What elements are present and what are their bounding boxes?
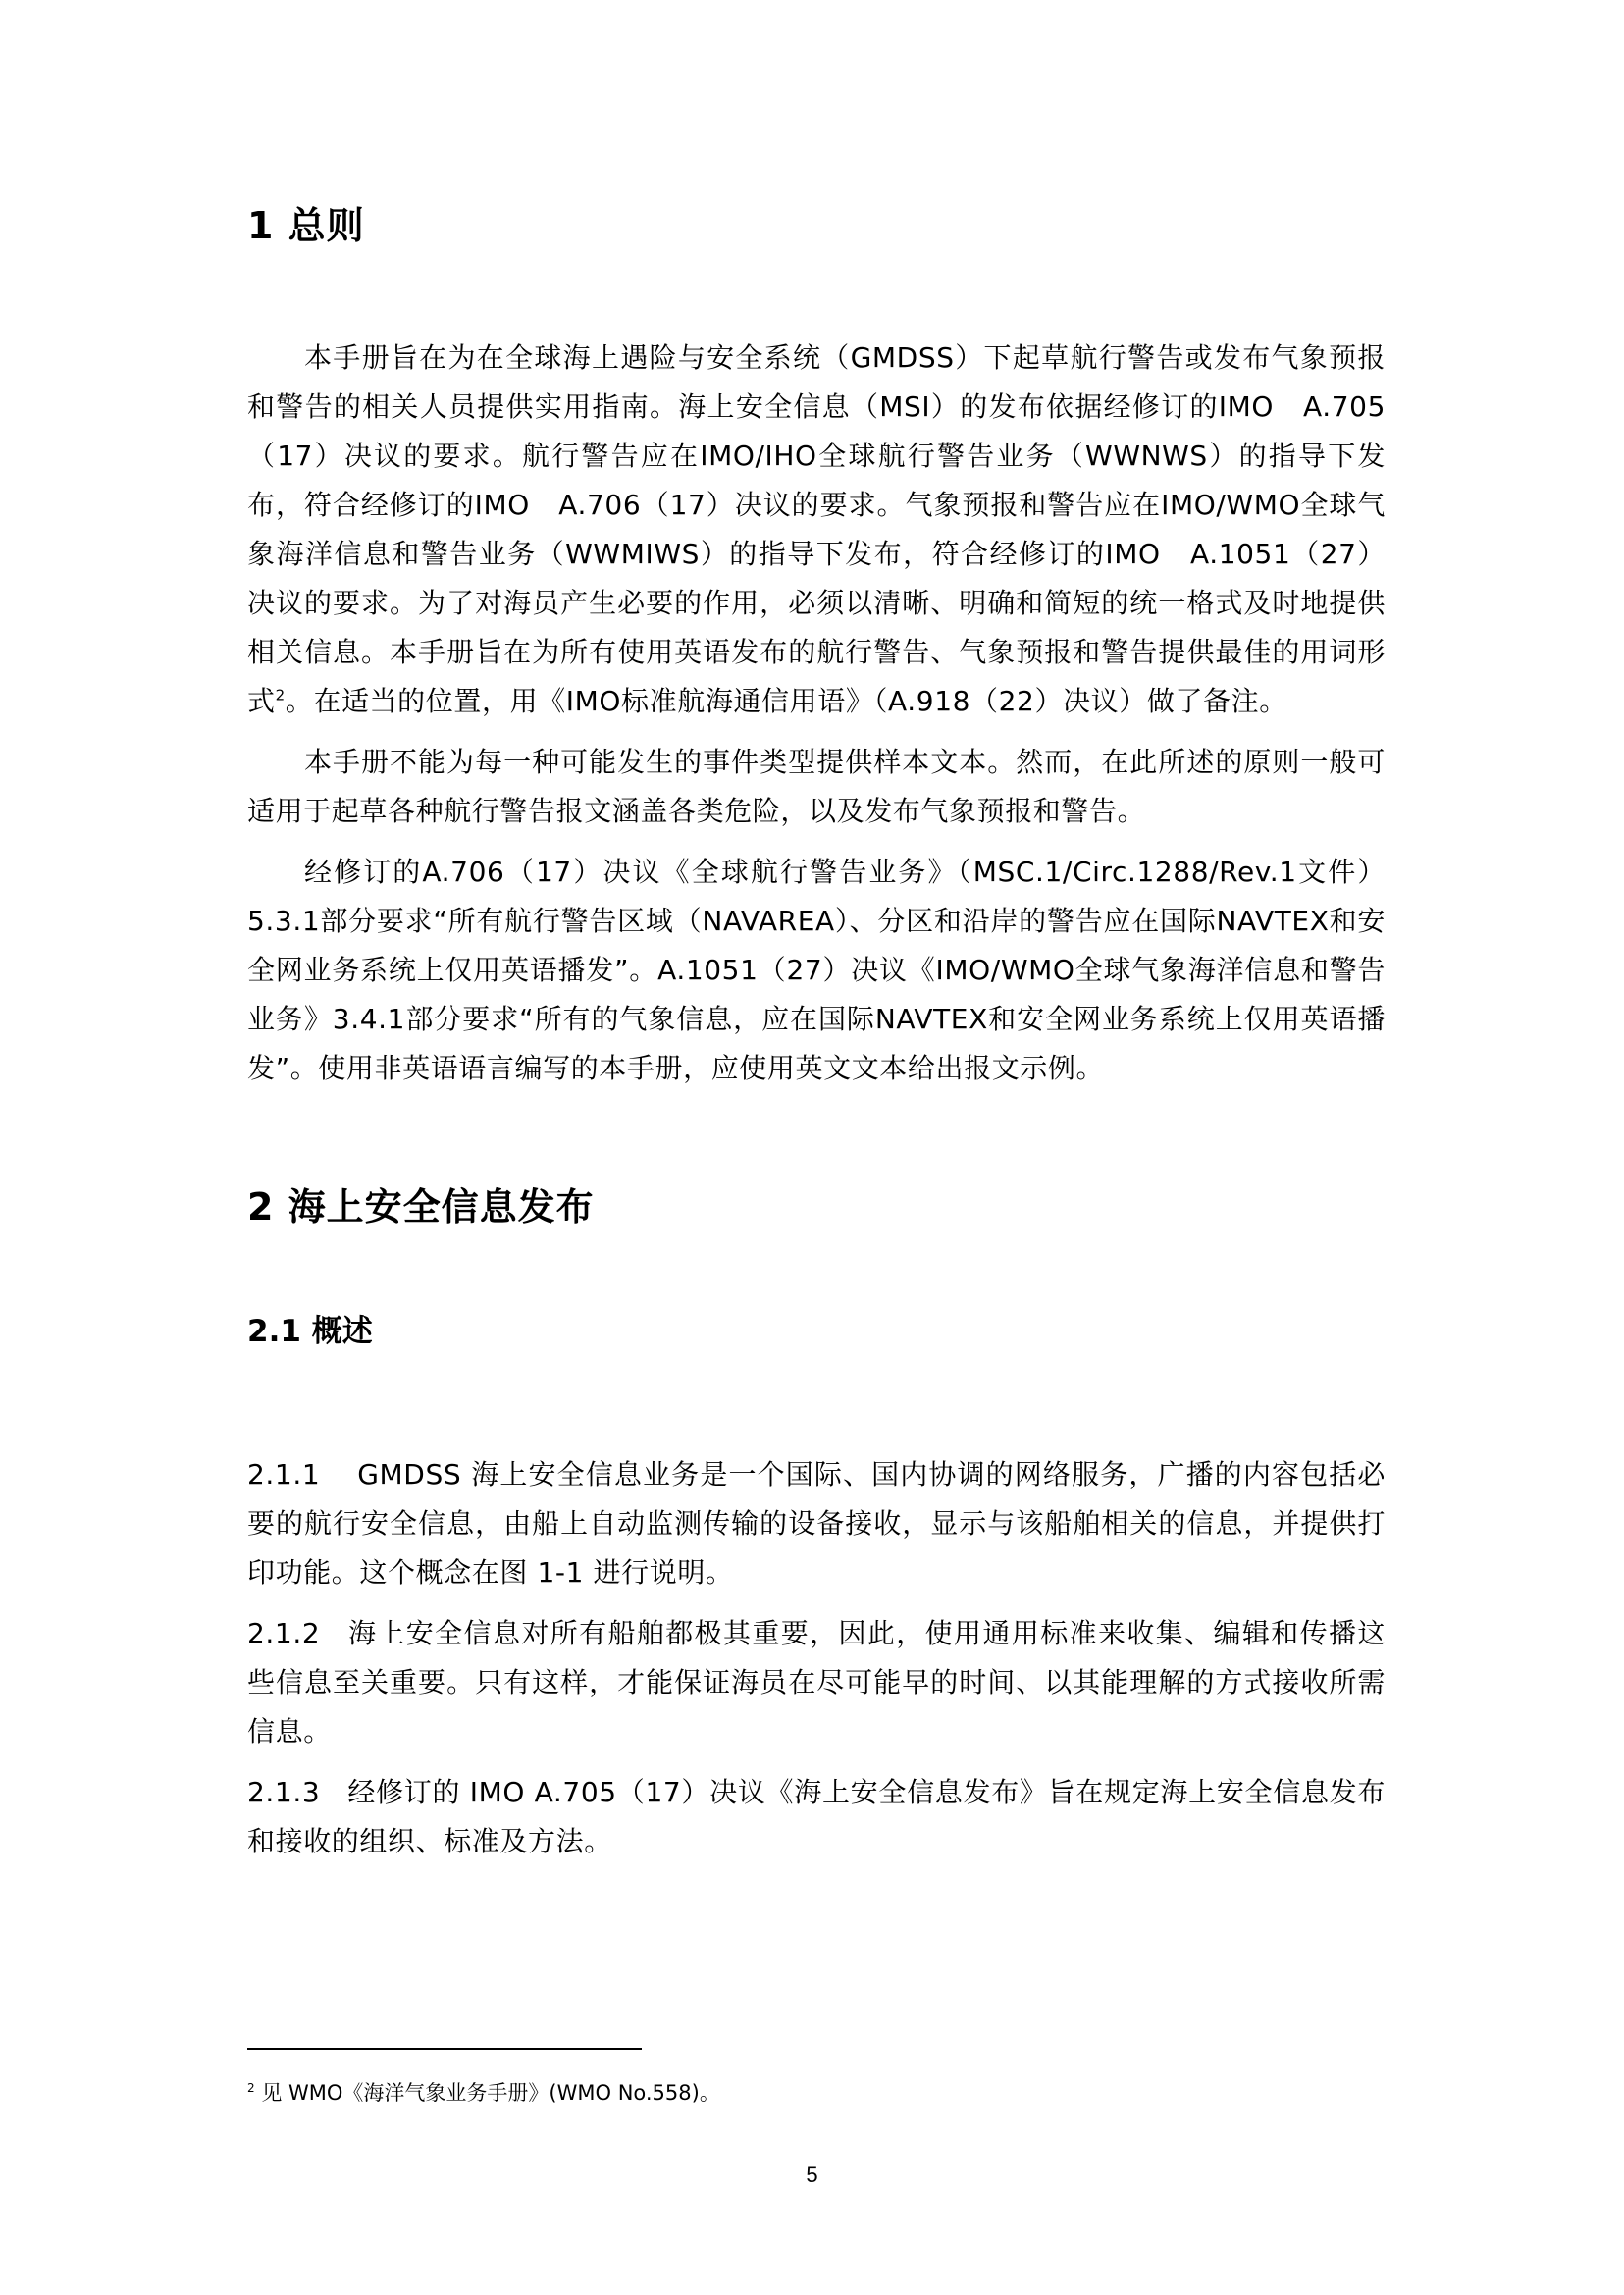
clause-2-1-1: 2.1.1GMDSS 海上安全信息业务是一个国际、国内协调的网络服务，广播的内容… bbox=[247, 1450, 1386, 1597]
section-1-body: 本手册旨在为在全球海上遇险与安全系统（GMDSS）下起草航行警告或发布气象预报和… bbox=[247, 334, 1386, 1093]
footnote-marker: 2 bbox=[247, 2081, 255, 2095]
clause-text: 海上安全信息对所有船舶都极其重要，因此，使用通用标准来收集、编辑和传播这些信息至… bbox=[247, 1617, 1386, 1747]
footnote-text: 见 WMO《海洋气象业务手册》(WMO No.558)。 bbox=[261, 2081, 720, 2105]
section-2: 2 海上安全信息发布 bbox=[247, 1182, 1386, 1231]
paragraph-1-text: 本手册旨在为在全球海上遇险与安全系统（GMDSS）下起草航行警告或发布气象预报和… bbox=[247, 341, 1386, 717]
section-2-heading: 2 海上安全信息发布 bbox=[247, 1182, 1386, 1231]
footnote-ref[interactable]: 2 bbox=[276, 687, 286, 704]
paragraph-2: 本手册不能为每一种可能发生的事件类型提供样本文本。然而，在此所述的原则一般可适用… bbox=[247, 738, 1386, 836]
document-page: 1 总则 本手册旨在为在全球海上遇险与安全系统（GMDSS）下起草航行警告或发布… bbox=[0, 0, 1624, 2295]
footnote: 2 见 WMO《海洋气象业务手册》(WMO No.558)。 bbox=[247, 2078, 720, 2108]
clause-number: 2.1.2 bbox=[247, 1617, 320, 1649]
subsection-2-1: 2.1 概述 bbox=[247, 1310, 1386, 1353]
section-1: 1 总则 bbox=[247, 201, 1386, 250]
paragraph-1-text-end: 。在适当的位置，用《IMO标准航海通信用语》（A.918（22）决议）做了备注。 bbox=[286, 685, 1287, 717]
clause-2-1-3: 2.1.3经修订的 IMO A.705（17）决议《海上安全信息发布》旨在规定海… bbox=[247, 1768, 1386, 1866]
clause-number: 2.1.1 bbox=[247, 1458, 320, 1490]
paragraph-1: 本手册旨在为在全球海上遇险与安全系统（GMDSS）下起草航行警告或发布气象预报和… bbox=[247, 334, 1386, 726]
clause-text: 经修订的 IMO A.705（17）决议《海上安全信息发布》旨在规定海上安全信息… bbox=[247, 1776, 1386, 1857]
paragraph-3: 经修订的A.706（17）决议《全球航行警告业务》（MSC.1/Circ.128… bbox=[247, 848, 1386, 1093]
clause-2-1-2: 2.1.2海上安全信息对所有船舶都极其重要，因此，使用通用标准来收集、编辑和传播… bbox=[247, 1609, 1386, 1756]
clause-text: GMDSS 海上安全信息业务是一个国际、国内协调的网络服务，广播的内容包括必要的… bbox=[247, 1458, 1386, 1589]
page-number: 5 bbox=[0, 2163, 1624, 2188]
section-1-heading: 1 总则 bbox=[247, 201, 1386, 250]
subsection-2-1-body: 2.1.1GMDSS 海上安全信息业务是一个国际、国内协调的网络服务，广播的内容… bbox=[247, 1450, 1386, 1866]
clause-number: 2.1.3 bbox=[247, 1776, 320, 1808]
subsection-2-1-heading: 2.1 概述 bbox=[247, 1310, 1386, 1353]
footnote-separator bbox=[247, 2048, 642, 2050]
